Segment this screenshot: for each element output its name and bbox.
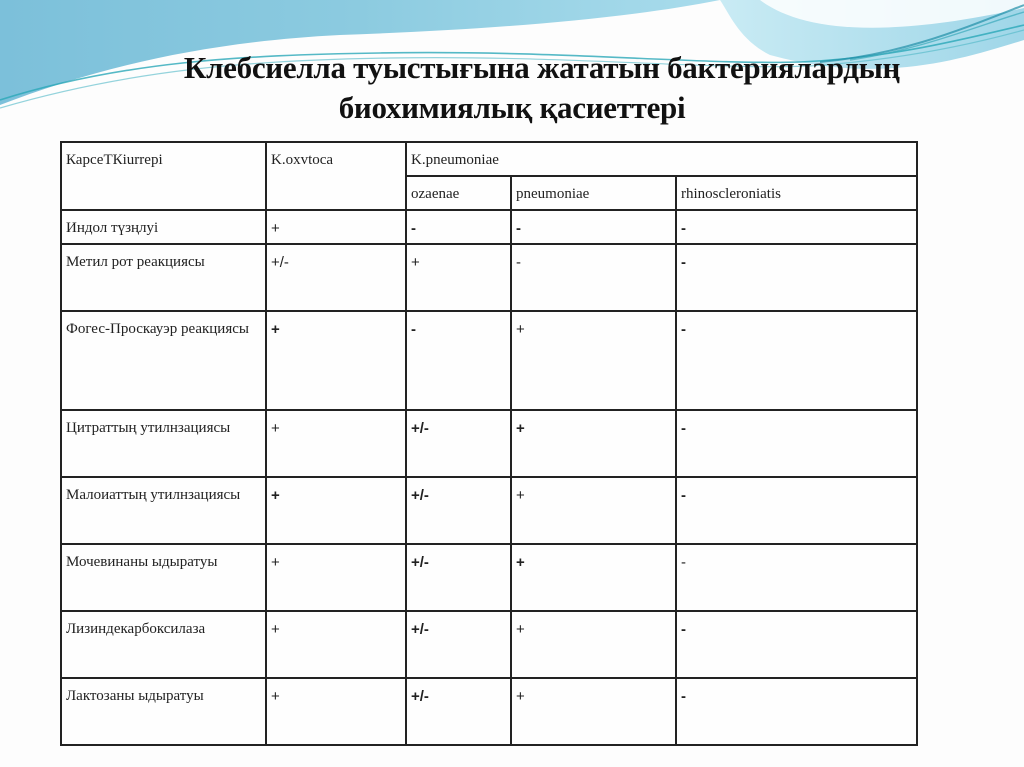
row-feature: Цитраттың утилнзациясы — [61, 410, 266, 477]
cell-value: + — [511, 311, 676, 410]
cell-value: + — [511, 544, 676, 611]
cell-value: - — [676, 311, 917, 410]
cell-value: + — [511, 678, 676, 745]
cell-value: - — [676, 611, 917, 678]
cell-value: - — [511, 244, 676, 311]
cell-value: + — [511, 477, 676, 544]
table-row: Метил рот реакциясы +/- + - - — [61, 244, 917, 311]
row-feature: Индол түзңлуі — [61, 210, 266, 244]
cell-value: +/- — [406, 678, 511, 745]
cell-value: - — [676, 678, 917, 745]
cell-value: + — [266, 410, 406, 477]
cell-value: - — [406, 311, 511, 410]
slide: Клебсиелла туыстығына жататын бактерияла… — [0, 0, 1024, 767]
cell-value: - — [676, 210, 917, 244]
row-feature: Фогес-Проскауэр реакциясы — [61, 311, 266, 410]
header-k-oxytoca: K.oxvtoca — [266, 142, 406, 210]
cell-value: - — [676, 410, 917, 477]
cell-value: + — [266, 477, 406, 544]
table-row: Цитраттың утилнзациясы + +/- + - — [61, 410, 917, 477]
cell-value: - — [676, 244, 917, 311]
table-row: Мочевинаны ыдыратуы + +/- + - — [61, 544, 917, 611]
table-row: Лизиндекарбоксилаза + +/- + - — [61, 611, 917, 678]
cell-value: - — [511, 210, 676, 244]
cell-value: +/- — [406, 410, 511, 477]
cell-value: +/- — [406, 477, 511, 544]
row-feature: Лизиндекарбоксилаза — [61, 611, 266, 678]
cell-value: + — [266, 210, 406, 244]
cell-value: + — [266, 311, 406, 410]
row-feature: Метил рот реакциясы — [61, 244, 266, 311]
cell-value: - — [676, 544, 917, 611]
cell-value: - — [676, 477, 917, 544]
cell-value: + — [511, 611, 676, 678]
cell-value: +/- — [406, 611, 511, 678]
cell-value: + — [406, 244, 511, 311]
table-header-row: КарсеТКіurrepi K.oxvtoca K.pneumoniae — [61, 142, 917, 176]
row-feature: Мочевинаны ыдыратуы — [61, 544, 266, 611]
row-feature: Малоиаттың утилнзациясы — [61, 477, 266, 544]
header-k-pneumoniae: K.pneumoniae — [406, 142, 917, 176]
slide-title: Клебсиелла туыстығына жататын бактерияла… — [0, 48, 1024, 128]
biochemical-properties-table: КарсеТКіurrepi K.oxvtoca K.pneumoniae oz… — [60, 141, 918, 746]
title-line-2: биохимиялық қасиеттері — [0, 88, 1024, 128]
title-line-1: Клебсиелла туыстығына жататын бактерияла… — [0, 48, 1024, 88]
header-pneumoniae: pneumoniae — [511, 176, 676, 210]
cell-value: + — [266, 544, 406, 611]
cell-value: - — [406, 210, 511, 244]
cell-value: + — [266, 678, 406, 745]
cell-value: +/- — [266, 244, 406, 311]
table-row: Малоиаттың утилнзациясы + +/- + - — [61, 477, 917, 544]
header-feature: КарсеТКіurrepi — [61, 142, 266, 210]
table-row: Индол түзңлуі + - - - — [61, 210, 917, 244]
row-feature: Лактозаны ыдыратуы — [61, 678, 266, 745]
header-ozaenae: ozaenae — [406, 176, 511, 210]
cell-value: + — [266, 611, 406, 678]
header-rhinoscleromatis: rhinoscleroniatis — [676, 176, 917, 210]
table-row: Фогес-Проскауэр реакциясы + - + - — [61, 311, 917, 410]
cell-value: + — [511, 410, 676, 477]
cell-value: +/- — [406, 544, 511, 611]
table-row: Лактозаны ыдыратуы + +/- + - — [61, 678, 917, 745]
